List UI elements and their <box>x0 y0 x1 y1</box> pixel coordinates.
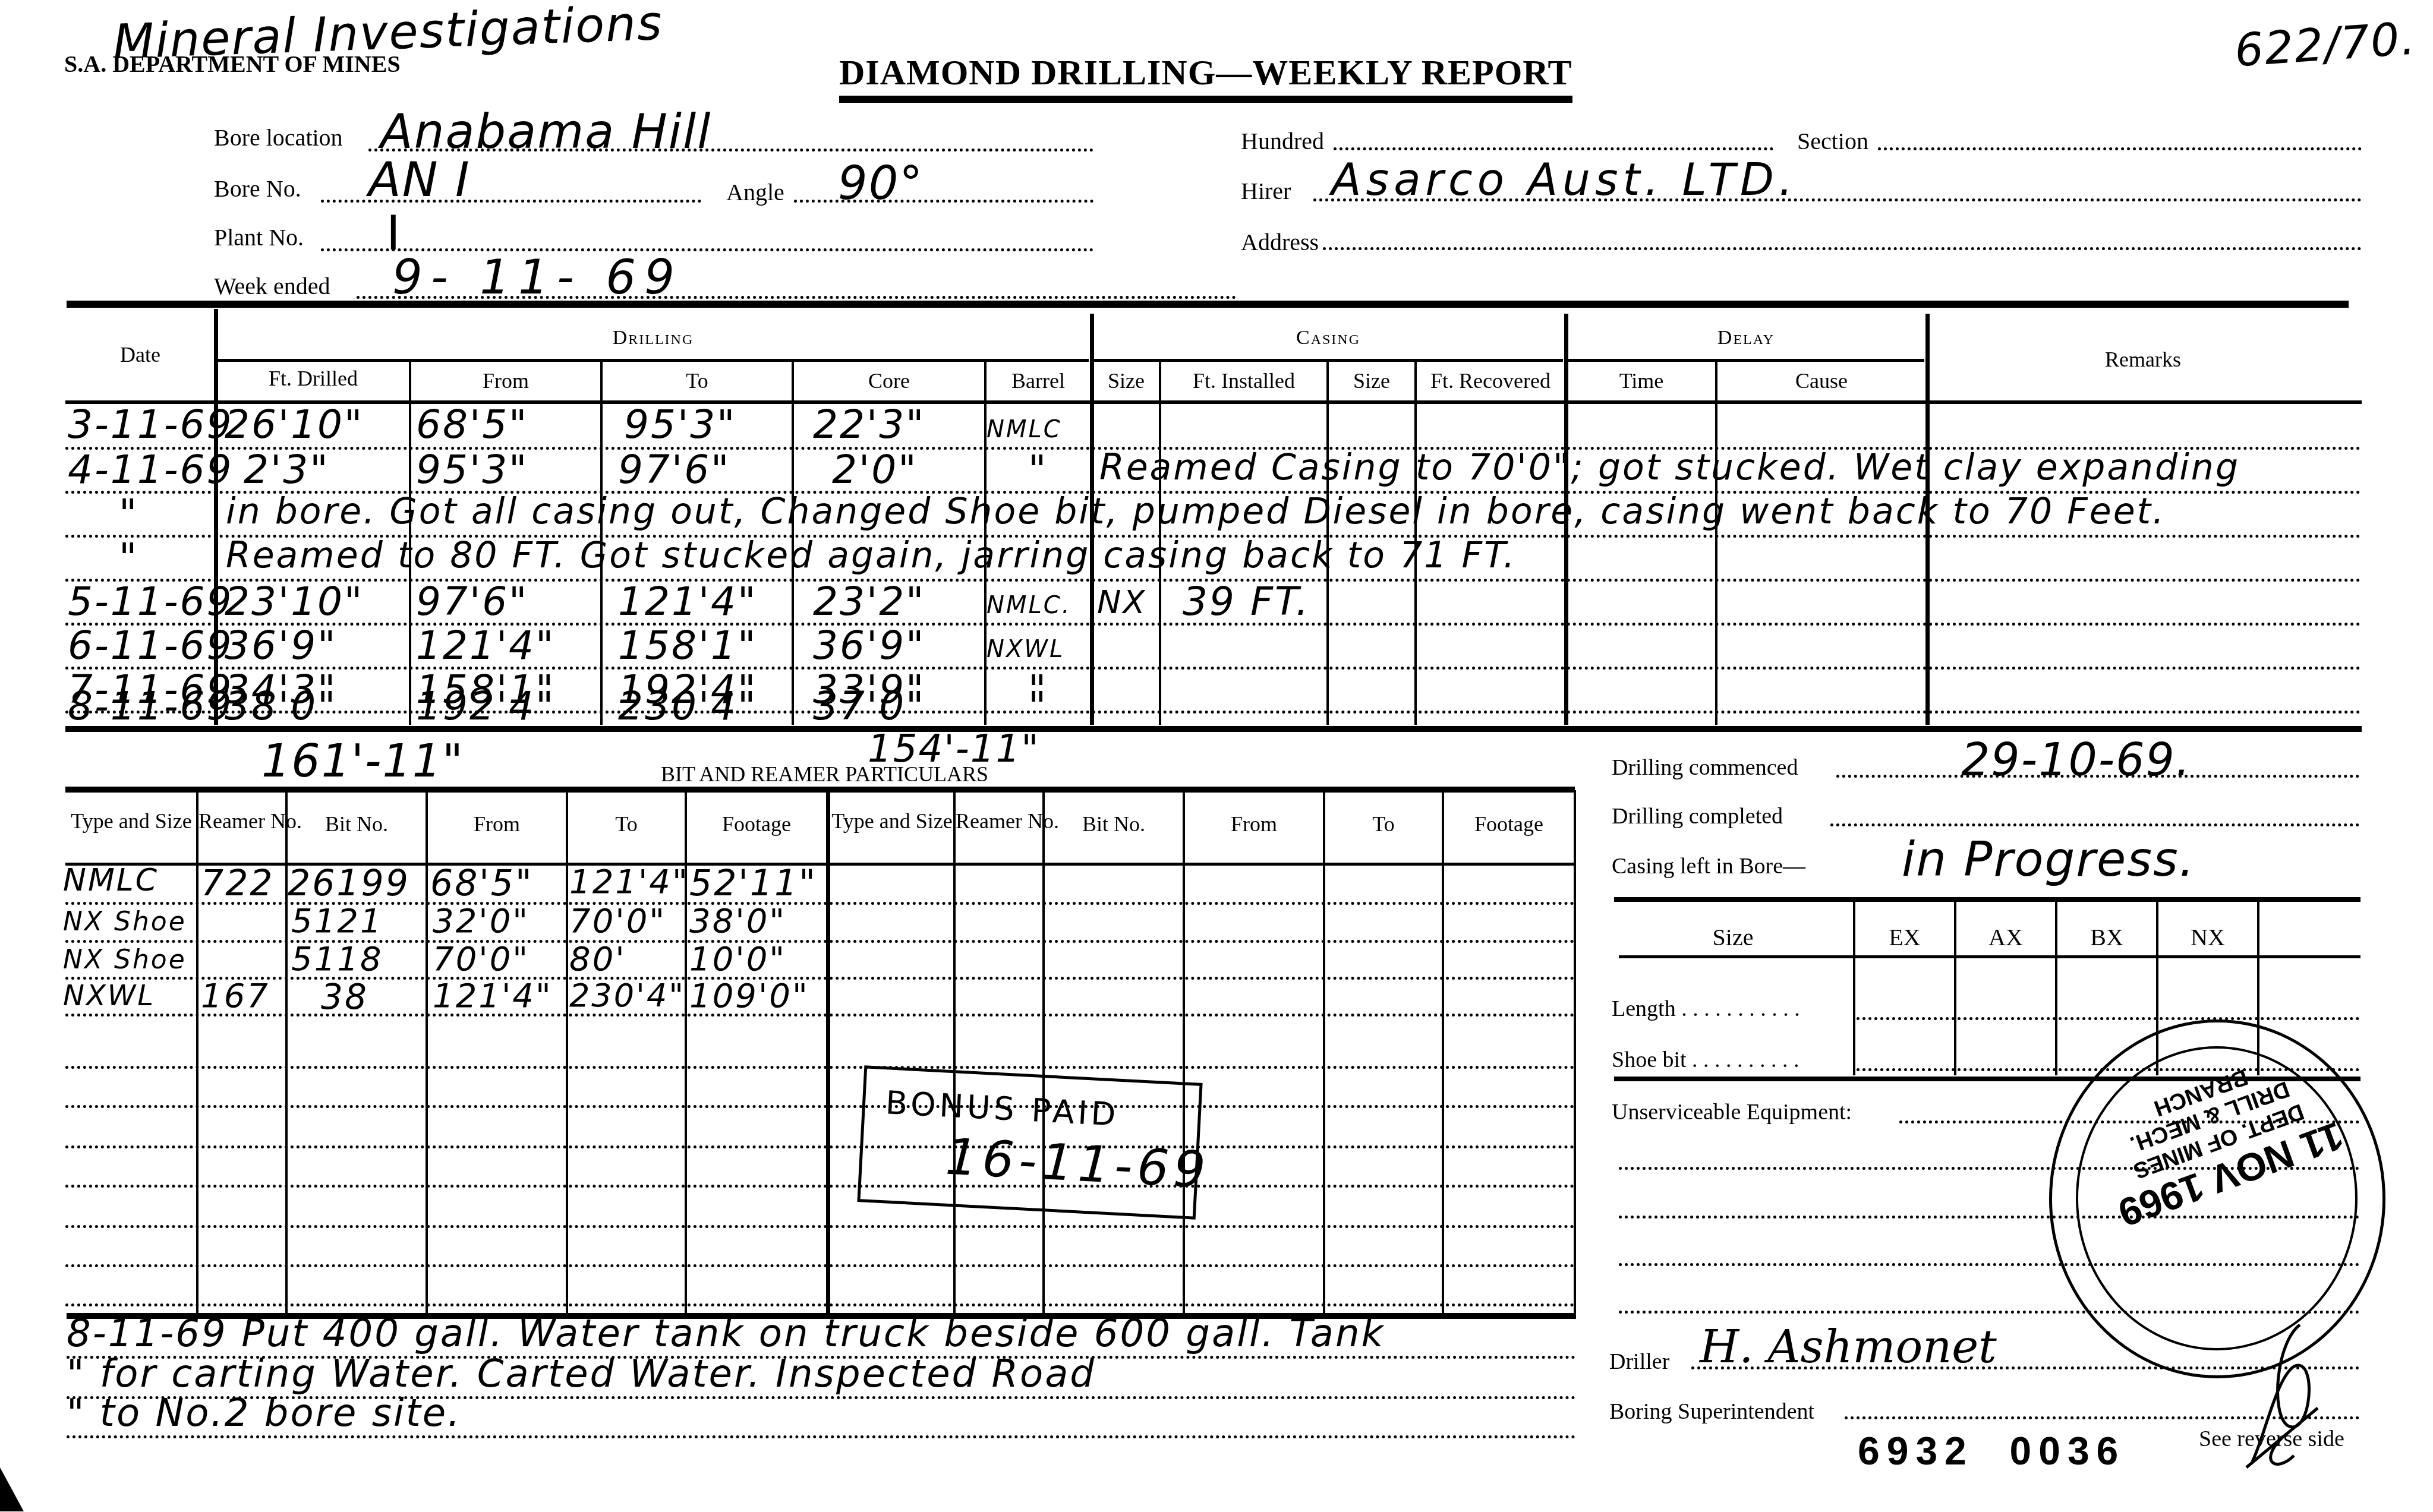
cell-to: 70'0" <box>569 902 666 940</box>
driller-signature: H. Ashmonet <box>1700 1320 1997 1373</box>
length-label: Length . . . . . . . . . . . <box>1612 996 1800 1022</box>
cell-type: NXWL <box>63 979 155 1012</box>
bonus-paid-date: 16-11-69 <box>944 1128 1212 1200</box>
cell-ft-drilled: 36'9" <box>225 623 337 668</box>
cell-date: " <box>119 491 138 536</box>
divider <box>566 790 568 1313</box>
department-name: S.A. DEPARTMENT OF MINES <box>64 50 401 78</box>
col-cause: Cause <box>1717 368 1925 393</box>
cell-from: 192'4" <box>416 683 555 729</box>
casing-left-label: Casing left in Bore— <box>1612 853 1805 879</box>
cell-date: " <box>119 535 138 580</box>
cell-to: 95'3" <box>624 402 736 447</box>
cell-from: 121'4" <box>416 623 555 668</box>
divider <box>1323 790 1325 1313</box>
bore-location-value: Anabama Hill <box>380 104 711 159</box>
cell-to: 158'1" <box>618 623 757 668</box>
divider <box>953 790 956 1313</box>
col-type-size: Type and Size <box>67 809 196 833</box>
row-line <box>65 1145 1575 1148</box>
cell-to: 121'4" <box>618 579 757 624</box>
cell-bit: 5121 <box>291 902 383 940</box>
bit-reamer-title: BIT AND REAMER PARTICULARS <box>661 762 988 787</box>
col-ft-installed: Ft. Installed <box>1161 368 1326 393</box>
bore-location-label: Bore location <box>214 124 343 151</box>
col-from: From <box>428 812 566 837</box>
cell-date: 5-11-69 <box>68 579 234 624</box>
cell-footage: 10'0" <box>689 940 786 978</box>
section-label: Section <box>1797 127 1868 155</box>
row-line <box>65 1185 1575 1188</box>
cell-remark: in bore. Got all casing out, Changed Sho… <box>226 491 2166 532</box>
address-label: Address <box>1241 228 1319 256</box>
page-title: DIAMOND DRILLING—WEEKLY REPORT <box>839 52 1572 103</box>
col-ft-drilled: Ft. Drilled <box>218 366 409 391</box>
col-to: To <box>603 368 792 393</box>
col-from: From <box>411 368 600 393</box>
header-bottom-rule <box>65 400 2362 404</box>
cell-to: 97'6" <box>618 447 730 493</box>
col-ft-recovered: Ft. Recovered <box>1417 368 1564 393</box>
casing-left-value: in Progress. <box>1902 832 2195 887</box>
table-bottom-rule <box>65 726 2362 732</box>
cell-reamer: 167 <box>201 977 270 1015</box>
col-casing-size-2: Size <box>1329 368 1414 393</box>
cell-core: 37'0" <box>813 683 925 729</box>
cell-bit: 5118 <box>291 940 383 978</box>
row-line <box>65 711 2362 714</box>
cell-footage: 52'11" <box>689 863 817 904</box>
cell-from: 97'6" <box>416 579 528 624</box>
cell-from: 70'0" <box>433 940 530 978</box>
cell-to: 80' <box>569 940 626 978</box>
cell-reamer: 722 <box>201 863 275 904</box>
hirer-value: Asarco Aust. LTD. <box>1331 154 1797 206</box>
col-time: Time <box>1568 368 1715 393</box>
col-bit-no-2: Bit No. <box>1045 812 1183 837</box>
cell-barrel: " <box>1028 447 1048 493</box>
week-ended-value: 9- 11- 69 <box>392 250 683 305</box>
cell-core: 2'0" <box>832 447 918 493</box>
total-ft-drilled: 161'-11" <box>261 734 464 787</box>
received-date-stamp: 11 NOV 1969 DEPT. OF MINES DRILL & MECH.… <box>2049 1019 2385 1378</box>
cell-from: 68'5" <box>416 402 528 447</box>
cell-type: NX Shoe <box>63 945 187 975</box>
cell-to: 230'4" <box>618 683 757 729</box>
rule <box>1614 897 2360 902</box>
cell-barrel: " <box>1028 683 1048 729</box>
row-line <box>65 1066 1575 1069</box>
cell-footage: 109'0" <box>689 977 809 1015</box>
col-reamer-no: Reamer No. <box>198 809 285 833</box>
hundred-field[interactable] <box>1334 147 1773 150</box>
cell-ft-drilled: 2'3" <box>244 447 329 493</box>
col-footage-2: Footage <box>1444 812 1574 837</box>
row-line <box>65 1303 1575 1306</box>
bonus-paid-label: BONUS PAID <box>885 1084 1120 1134</box>
group-delay-header: Delay <box>1568 327 1924 349</box>
cell-date: 4-11-69 <box>68 447 234 493</box>
driller-label: Driller <box>1609 1349 1669 1375</box>
unserviceable-label: Unserviceable Equipment: <box>1612 1099 1852 1125</box>
col-remarks-header: Remarks <box>1929 347 2357 372</box>
col-casing-size: Size <box>1093 368 1159 393</box>
col-footage: Footage <box>687 812 826 837</box>
drilling-completed-label: Drilling completed <box>1612 803 1783 829</box>
cell-core: 23'2" <box>813 579 925 624</box>
boring-superintendent-label: Boring Superintendent <box>1609 1399 1814 1425</box>
row-line <box>65 1264 1575 1267</box>
angle-label: Angle <box>726 178 784 206</box>
cell-bit: 38 <box>321 977 368 1017</box>
size-nx: NX <box>2158 923 2257 951</box>
col-date-header: Date <box>67 342 214 367</box>
cell-ft-drilled: 26'10" <box>225 402 364 447</box>
cell-date: 8-11-69 <box>68 683 234 729</box>
hirer-label: Hirer <box>1241 177 1291 205</box>
size-bx: BX <box>2057 923 2156 951</box>
row-line <box>65 1105 1575 1108</box>
cell-barrel: NMLC. <box>987 592 1071 619</box>
cell-from: 95'3" <box>416 447 528 493</box>
col-from-2: From <box>1185 812 1323 837</box>
page-corner <box>0 1467 24 1511</box>
shoe-bit-label: Shoe bit . . . . . . . . . . <box>1612 1047 1799 1073</box>
divider <box>826 790 830 1313</box>
file-reference: 622/70. <box>2233 11 2418 77</box>
divider <box>1442 790 1444 1313</box>
cell-to: 121'4" <box>569 863 689 901</box>
row-line <box>67 1435 1576 1438</box>
row-line <box>65 1225 1575 1228</box>
bore-no-label: Bore No. <box>214 175 301 203</box>
col-to: To <box>568 812 685 837</box>
drilling-commenced-value: 29-10-69. <box>1961 733 2191 786</box>
cell-ft-drilled: 38'0" <box>225 683 337 729</box>
col-to-2: To <box>1325 812 1442 837</box>
section-field[interactable] <box>1878 147 2362 150</box>
group-drilling-header: Drilling <box>218 327 1089 349</box>
plant-no-label: Plant No. <box>214 223 304 251</box>
drilling-commenced-label: Drilling commenced <box>1612 755 1798 781</box>
rule <box>1093 359 1563 362</box>
note-line: " for carting Water. Carted Water. Inspe… <box>67 1352 1096 1396</box>
row-line <box>65 667 2362 670</box>
rule <box>65 787 1575 793</box>
angle-value: 90° <box>838 157 924 210</box>
divider <box>1574 790 1576 1313</box>
divider <box>196 790 198 1313</box>
group-casing-header: Casing <box>1093 327 1563 349</box>
cell-casing-size: NX <box>1097 583 1146 621</box>
cell-barrel: NXWL <box>987 636 1064 663</box>
cell-date: 6-11-69 <box>68 623 234 668</box>
note-line: " to No.2 bore site. <box>67 1391 462 1435</box>
divider <box>1183 790 1185 1313</box>
size-ax: AX <box>1956 923 2055 951</box>
hundred-label: Hundred <box>1241 127 1324 155</box>
col-bit-no: Bit No. <box>288 812 426 837</box>
row-line <box>65 1014 1575 1017</box>
bonus-paid-stamp: BONUS PAID 16-11-69 <box>857 1065 1202 1220</box>
cell-from: 32'0" <box>433 902 530 940</box>
table-top-rule <box>67 301 2349 308</box>
col-reamer-no-2: Reamer No. <box>956 809 1042 833</box>
drilling-completed-field[interactable] <box>1830 823 2359 826</box>
cell-type: NMLC <box>63 863 159 898</box>
size-ex: EX <box>1855 923 1954 951</box>
cell-type: NX Shoe <box>63 907 187 937</box>
col-type-size-2: Type and Size <box>831 809 953 833</box>
rule <box>1619 955 2360 958</box>
cell-core: 22'3" <box>813 402 925 447</box>
cell-from: 68'5" <box>430 863 534 904</box>
address-field[interactable] <box>1323 247 2362 250</box>
cell-from: 121'4" <box>433 977 553 1015</box>
cell-footage: 38'0" <box>689 902 786 940</box>
cell-to: 230'4" <box>569 977 685 1014</box>
week-ended-label: Week ended <box>214 272 330 300</box>
bore-no-value: AN I <box>368 152 471 207</box>
serial-number: 6932 0036 <box>1858 1428 2125 1473</box>
col-barrel: Barrel <box>987 368 1090 393</box>
divider <box>1715 361 1717 725</box>
rule <box>218 359 1089 362</box>
cell-date: 3-11-69 <box>68 402 234 447</box>
cell-ft-drilled: 23'10" <box>225 579 364 624</box>
cell-bit: 26199 <box>288 863 410 904</box>
note-line: 8-11-69 Put 400 gall. Water tank on truc… <box>67 1312 1385 1356</box>
cell-remark: Reamed Casing to 70'0"; got stucked. Wet… <box>1099 447 2240 488</box>
rule <box>1568 359 1924 362</box>
size-label: Size <box>1614 923 1852 951</box>
cell-core: 36'9" <box>813 623 925 668</box>
divider <box>1042 790 1045 1313</box>
cell-barrel: NMLC <box>987 416 1062 443</box>
divider <box>426 790 428 1313</box>
cell-ft-installed: 39 FT. <box>1183 579 1310 624</box>
length-field[interactable] <box>1857 1017 2359 1020</box>
col-core: Core <box>794 368 984 393</box>
cell-remark: Reamed to 80 FT. Got stucked again, jarr… <box>226 535 1517 576</box>
